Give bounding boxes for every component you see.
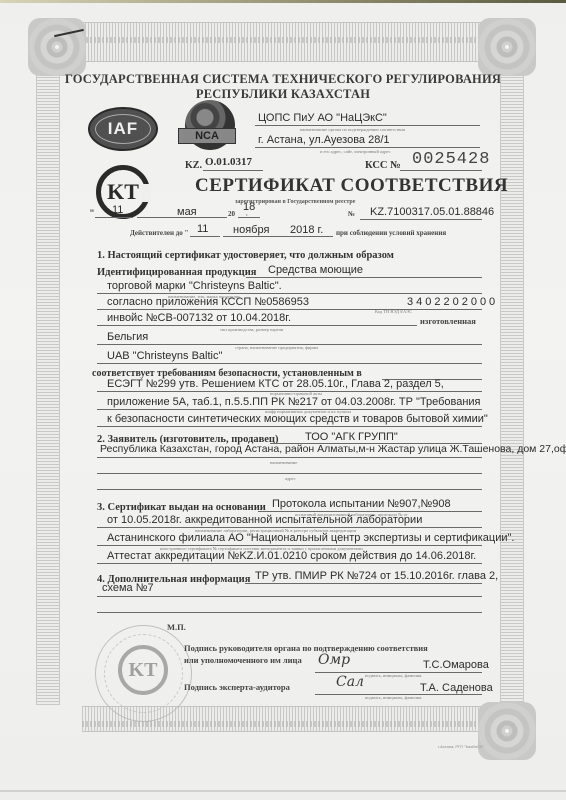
body-org-address-caption: и его адрес, сайт, электронный адрес xyxy=(320,149,391,154)
field-line xyxy=(223,236,333,237)
reg-no-label: № xyxy=(348,210,355,218)
field-line xyxy=(97,457,482,458)
basis-line-4: Аттестат аккредитации №KZ.И.01.0210 срок… xyxy=(107,550,476,562)
additional-info-2: схема №7 xyxy=(102,582,154,594)
product-label: Идентифицированная продукция xyxy=(97,267,256,278)
header-line-2: РЕСПУБЛИКИ КАЗАХСТАН xyxy=(0,87,566,102)
date-quote: " xyxy=(90,208,94,220)
rosette-bottom-right-icon xyxy=(478,702,536,760)
field-line xyxy=(97,612,482,613)
kss-label: КСС № xyxy=(365,160,401,171)
field-line xyxy=(238,217,260,218)
field-line xyxy=(97,293,482,294)
registry-number: KZ.7100317.05.01.88846 xyxy=(370,206,494,218)
printer-footnote: г.Астана, РГП "КазИнСт" xyxy=(438,744,483,749)
field-line xyxy=(97,426,482,427)
field-line xyxy=(95,217,133,218)
expert-signature-label: Подпись эксперта-аудитора xyxy=(184,682,290,692)
norm-line-2: приложение 5А, таб.1, п.5.5.ПП РК №217 о… xyxy=(107,396,481,408)
norm-line-1: ЕСЭГТ №299 утв. Решением КТС от 28.05.10… xyxy=(107,378,444,390)
country-caption: страна, наименование предприятия, фирмы xyxy=(235,345,318,350)
product-line-4: инвойс №CB-007132 от 10.04.2018г. xyxy=(107,312,291,324)
right-border-pattern xyxy=(500,75,524,705)
expert-name: Т.А. Саденова xyxy=(420,682,493,694)
body-org-caption: наименование органа по подтверждению соо… xyxy=(300,127,405,132)
stamp-kst-logo-icon: KT xyxy=(118,645,168,695)
applicant-address: Республика Казахстан, город Астана, райо… xyxy=(100,443,566,455)
head-name: Т.С.Омарова xyxy=(423,659,489,671)
validity-day: 11 xyxy=(197,223,208,235)
basis-line-3: Астанинского филиала АО "Национальный це… xyxy=(107,532,514,544)
field-line xyxy=(137,217,227,218)
field-line xyxy=(97,363,482,364)
year-prefix: 20 xyxy=(228,210,235,218)
product-line-2: торговой марки "Christeyns Baltic". xyxy=(107,280,282,292)
field-line xyxy=(203,170,263,171)
issue-day: 11 xyxy=(112,204,123,216)
field-line xyxy=(97,563,482,564)
scan-edge xyxy=(0,0,566,3)
field-line xyxy=(97,489,482,490)
validity-year: 2018 г. xyxy=(290,224,323,236)
header-line-1: ГОСУДАРСТВЕННАЯ СИСТЕМА ТЕХНИЧЕСКОГО РЕГ… xyxy=(0,72,566,87)
tn-ved-caption: Код ТН ВЭД ЕАЭС xyxy=(375,309,412,314)
field-line xyxy=(246,277,482,278)
seal-label: М.П. xyxy=(167,622,186,632)
batch-caption: тип производства, размер партии xyxy=(220,327,283,332)
rosette-top-left-icon xyxy=(28,18,86,76)
field-line xyxy=(360,219,482,220)
validity-condition: при соблюдении условий хранения xyxy=(336,229,446,237)
validity-month: ноября xyxy=(233,224,269,236)
manufacturer: UAB "Christeyns Baltic" xyxy=(107,350,222,362)
field-line xyxy=(97,473,482,474)
applicant-name: ТОО "АГК ГРУПП" xyxy=(305,431,398,443)
product-line-3: согласно приложения КССП №0586953 xyxy=(107,296,309,308)
field-line xyxy=(97,309,482,310)
scan-bottom-edge xyxy=(0,790,566,792)
head-signature-label-2: или уполномоченного им лица xyxy=(184,655,302,665)
kss-serial-number: 0025428 xyxy=(412,150,490,169)
field-line xyxy=(400,170,482,171)
left-border-pattern xyxy=(36,75,60,705)
field-line xyxy=(255,147,480,148)
expert-signature: Сал xyxy=(336,674,364,690)
head-signature: Омр xyxy=(318,652,350,668)
field-line xyxy=(190,236,220,237)
basis-line-2: от 10.05.2018г. аккредитованной испытате… xyxy=(107,514,422,526)
basis-protocol: Протокола испытании №907,№908 xyxy=(272,498,451,510)
additional-info-1: ТР утв. ПМИР РК №724 от 15.10.2016г. гла… xyxy=(255,570,498,582)
head-signature-caption: подпись, инициалы, фамилия xyxy=(365,673,421,678)
top-border-pattern xyxy=(82,22,482,62)
expert-signature-caption: подпись, инициалы, фамилия xyxy=(365,695,421,700)
nca-logo-icon: NCA xyxy=(178,128,236,144)
section3-heading: 3. Сертификат выдан на основании xyxy=(97,502,266,513)
manufactured-label: изготовленная xyxy=(420,316,476,326)
body-org-name: ЦОПС ПиУ АО "НаЦЭкС" xyxy=(258,112,387,124)
country: Бельгия xyxy=(107,331,148,343)
iaf-logo-icon: IAF xyxy=(88,107,158,151)
field-line xyxy=(245,583,482,584)
validity-label: Действителен до " xyxy=(130,229,188,237)
norm-line-3: к безопасности синтетических моющих сред… xyxy=(107,413,488,425)
field-line xyxy=(255,125,480,126)
kz-number: O.01.0317 xyxy=(205,156,252,168)
head-signature-label-1: Подпись руководителя органа по подтвержд… xyxy=(184,643,428,653)
tn-ved-code: 3402202000 xyxy=(407,296,498,308)
rosette-top-right-icon xyxy=(478,18,536,76)
product-name: Средства моющие xyxy=(268,264,363,276)
field-line xyxy=(97,325,417,326)
section1-heading: 1. Настоящий сертификат удостоверяет, чт… xyxy=(97,250,394,261)
certificate-title: СЕРТИФИКАТ СООТВЕТСТВИЯ xyxy=(195,175,508,197)
issue-year: 18 xyxy=(243,201,255,213)
kz-label: KZ. xyxy=(185,160,202,171)
body-org-address: г. Астана, ул.Ауезова 28/1 xyxy=(258,134,390,146)
certificate-page: ГОСУДАРСТВЕННАЯ СИСТЕМА ТЕХНИЧЕСКОГО РЕГ… xyxy=(0,0,566,800)
applicant-address-caption: адрес xyxy=(285,476,296,481)
field-line xyxy=(97,596,482,597)
applicant-name-caption: наименование xyxy=(270,460,297,465)
